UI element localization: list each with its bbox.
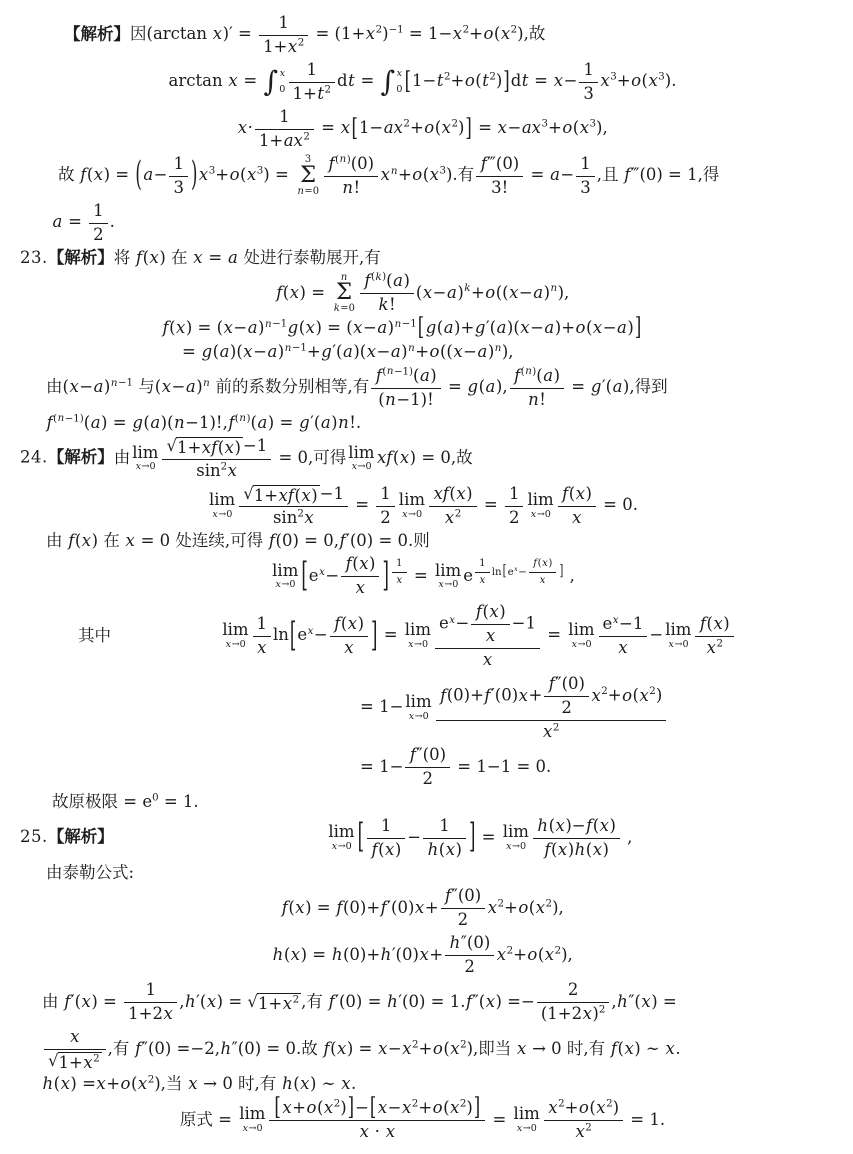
math-line: = 1−f″(0)2 = 1−1 = 0. [0,745,845,789]
solution-number: 23. [20,248,48,267]
math-content: f(n−1)(a) = g(a)(n−1)!,f(n)(a) = g′(a)n!… [46,413,361,432]
math-line: = g(a)(x−a)n−1+g′(a)(x−a)n+o((x−a)n), [0,342,845,363]
math-line: 故 f(x) = (a−13)x3+o(x3) = 3Σn=0f(n)(0)n!… [0,154,845,198]
math-content: h(x) = h(0)+h′(0)x+h″(0)2x2+o(x2), [272,945,573,964]
math-content: = 1−limx→0f(0)+f′(0)x+f″(0)2x2+o(x2)x2 [360,697,668,716]
math-line: 【解析】因(arctan x)′ = 11+x2 = (1+x2)−1 = 1−… [0,13,845,57]
math-content: = 1−f″(0)2 = 1−1 = 0. [360,757,551,776]
solution-block-22: 【解析】因(arctan x)′ = 11+x2 = (1+x2)−1 = 1−… [0,13,845,245]
solution-number: 25. [20,827,48,848]
solution-label: 【解析】 [48,448,114,467]
math-content: 将 f(x) 在 x = a 处进行泰勒展开,有 [114,248,381,267]
math-line: 由 f(x) 在 x = 0 处连续,可得 f(0) = 0,f′(0) = 0… [0,531,845,552]
solution-label: 【解析】 [48,248,114,267]
math-line: 由泰勒公式: [0,863,845,884]
solution-number: 24. [20,448,48,467]
math-content: x·11+ax2 = x[1−ax2+o(x2)] = x−ax3+o(x3), [237,118,607,137]
math-content: limx→0[ex−f(x)x]1x = limx→0e1xln[ex−f(x)… [270,566,575,585]
math-content: x√1+x2,有 f″(0) =−2,h″(0) = 0.故 f(x) = x−… [42,1039,681,1058]
math-content: f(x) = (x−a)n−1g(x) = (x−a)n−1[g(a)+g′(a… [162,318,642,337]
document-page: 【解析】因(arctan x)′ = 11+x2 = (1+x2)−1 = 1−… [0,0,853,1154]
math-content: limx→01xln[ex−f(x)x] = limx→0ex−f(x)x−1x… [111,601,845,670]
solution-block-23: 23.【解析】将 f(x) 在 x = a 处进行泰勒展开,有f(x) = nΣ… [0,248,845,434]
solution-block-24: 24.【解析】由limx→0√1+xf(x)−1sin2x = 0,可得limx… [0,436,845,813]
math-content: limx→0[1f(x)−1h(x)] = limx→0h(x)−f(x)f(x… [114,816,845,860]
math-content: arctan x = ∫x011+t2dt = ∫x0[1−t2+o(t2)]d… [169,71,677,90]
math-line: 25.【解析】limx→0[1f(x)−1h(x)] = limx→0h(x)−… [0,816,845,860]
math-line: limx→0[ex−f(x)x]1x = limx→0e1xln[ex−f(x)… [0,554,845,598]
math-content: limx→0√1+xf(x)−1sin2x = 12limx→0xf(x)x2 … [207,495,638,514]
math-line: x·11+ax2 = x[1−ax2+o(x2)] = x−ax3+o(x3), [0,107,845,151]
math-content: a = 12. [52,212,115,231]
math-line: 由 f′(x) = 11+2x,h′(x) = √1+x2,有 f′(0) = … [0,980,845,1024]
math-content: 故 f(x) = (a−13)x3+o(x3) = 3Σn=0f(n)(0)n!… [58,165,719,184]
solution-label: 【解析】 [64,24,130,43]
math-line: f(x) = (x−a)n−1g(x) = (x−a)n−1[g(a)+g′(a… [0,318,845,339]
math-content: 故原极限 = e0 = 1. [52,792,199,811]
math-line: 其中limx→01xln[ex−f(x)x] = limx→0ex−f(x)x−… [0,601,845,670]
line-prefix: 其中 [78,626,111,647]
math-content: 原式 = limx→0[x+o(x2)]−[x−x2+o(x2)]x · x =… [180,1110,665,1129]
math-content: 由泰勒公式: [46,863,134,882]
math-content: 由limx→0√1+xf(x)−1sin2x = 0,可得limx→0xf(x)… [114,448,473,467]
math-line: f(n−1)(a) = g(a)(n−1)!,f(n)(a) = g′(a)n!… [0,413,845,434]
math-line: f(x) = nΣk=0f(k)(a)k!(x−a)k+o((x−a)n), [0,271,845,315]
math-line: h(x) =x+o(x2),当 x → 0 时,有 h(x) ∼ x. [0,1074,845,1095]
math-content: h(x) =x+o(x2),当 x → 0 时,有 h(x) ∼ x. [42,1074,356,1093]
math-line: arctan x = ∫x011+t2dt = ∫x0[1−t2+o(t2)]d… [0,60,845,104]
math-line: a = 12. [0,201,845,245]
solution-label: 【解析】 [48,827,114,848]
math-line: 24.【解析】由limx→0√1+xf(x)−1sin2x = 0,可得limx… [0,436,845,480]
math-content: = g(a)(x−a)n−1+g′(a)(x−a)n+o((x−a)n), [182,342,514,361]
math-line: 原式 = limx→0[x+o(x2)]−[x−x2+o(x2)]x · x =… [0,1098,845,1142]
math-content: 由(x−a)n−1 与(x−a)n 前的系数分别相等,有f(n−1)(a)(n−… [46,377,668,396]
math-content: 由 f(x) 在 x = 0 处连续,可得 f(0) = 0,f′(0) = 0… [46,531,430,550]
math-line: f(x) = f(0)+f′(0)x+f″(0)2x2+o(x2), [0,886,845,930]
solution-block-25: 25.【解析】limx→0[1f(x)−1h(x)] = limx→0h(x)−… [0,816,845,1142]
math-content: 因(arctan x)′ = 11+x2 = (1+x2)−1 = 1−x2+o… [130,24,545,43]
document-body: 【解析】因(arctan x)′ = 11+x2 = (1+x2)−1 = 1−… [0,13,845,1142]
math-line: 23.【解析】将 f(x) 在 x = a 处进行泰勒展开,有 [0,248,845,269]
math-content: f(x) = nΣk=0f(k)(a)k!(x−a)k+o((x−a)n), [276,283,570,302]
math-line: limx→0√1+xf(x)−1sin2x = 12limx→0xf(x)x2 … [0,484,845,528]
math-line: 由(x−a)n−1 与(x−a)n 前的系数分别相等,有f(n−1)(a)(n−… [0,366,845,410]
math-line: 故原极限 = e0 = 1. [0,792,845,813]
math-content: 由 f′(x) = 11+2x,h′(x) = √1+x2,有 f′(0) = … [42,992,677,1011]
math-line: h(x) = h(0)+h′(0)x+h″(0)2x2+o(x2), [0,933,845,977]
math-content: f(x) = f(0)+f′(0)x+f″(0)2x2+o(x2), [281,898,564,917]
math-line: x√1+x2,有 f″(0) =−2,h″(0) = 0.故 f(x) = x−… [0,1027,845,1071]
math-line: = 1−limx→0f(0)+f′(0)x+f″(0)2x2+o(x2)x2 [0,673,845,742]
